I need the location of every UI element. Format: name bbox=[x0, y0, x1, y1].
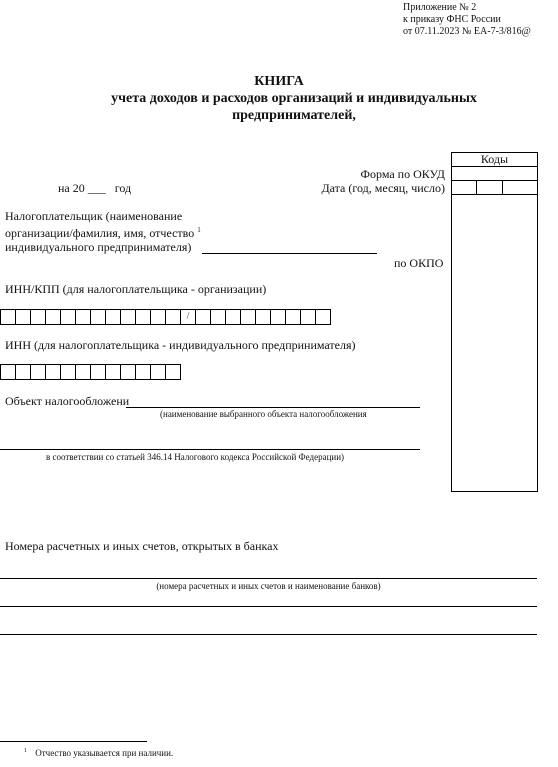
inn-cell[interactable] bbox=[0, 309, 16, 325]
accounts-hint: (номера расчетных и иных счетов и наимен… bbox=[0, 581, 537, 592]
kpp-cell[interactable] bbox=[195, 309, 211, 325]
inn-ip-cell[interactable] bbox=[45, 364, 61, 380]
inn-ip-cell[interactable] bbox=[135, 364, 151, 380]
inn-ip-cell[interactable] bbox=[60, 364, 76, 380]
taxpayer-label: Налогоплательщик (наименование организац… bbox=[5, 209, 201, 254]
codes-box: Коды bbox=[451, 152, 538, 492]
kpp-cell[interactable] bbox=[285, 309, 301, 325]
year-suffix: год bbox=[115, 181, 131, 195]
taxpayer-label-line-2: организации/фамилия, имя, отчество1 bbox=[5, 223, 201, 240]
inn-cell[interactable] bbox=[165, 309, 181, 325]
tax-object-field-2[interactable] bbox=[0, 449, 420, 450]
okud-code-field[interactable] bbox=[452, 167, 537, 181]
okpo-label: по ОКПО bbox=[394, 256, 443, 270]
taxpayer-label-line-3: индивидуального предпринимателя) bbox=[5, 240, 201, 254]
footnote-separator bbox=[0, 741, 147, 742]
inn-ip-cell[interactable] bbox=[105, 364, 121, 380]
inn-ip-cell[interactable] bbox=[15, 364, 31, 380]
tax-object-hint-2: в соответствии со статьей 346.14 Налогов… bbox=[46, 452, 344, 463]
codes-header: Коды bbox=[452, 153, 537, 167]
kpp-cell[interactable] bbox=[255, 309, 271, 325]
inn-cell[interactable] bbox=[120, 309, 136, 325]
order-label: к приказу ФНС России bbox=[403, 14, 531, 26]
year-input[interactable]: ___ bbox=[88, 181, 106, 195]
inn-cell[interactable] bbox=[30, 309, 46, 325]
okud-label: Форма по ОКУД bbox=[361, 167, 445, 181]
inn-ip-cell[interactable] bbox=[75, 364, 91, 380]
date-divider-2 bbox=[502, 181, 503, 195]
accounts-field-2[interactable] bbox=[0, 606, 537, 607]
order-reference: от 07.11.2023 № ЕА-7-3/816@ bbox=[403, 26, 531, 38]
year-row: на 20 ___ год bbox=[58, 181, 131, 195]
inn-cell[interactable] bbox=[105, 309, 121, 325]
kpp-cell[interactable] bbox=[315, 309, 331, 325]
footnote: 1 Отчество указывается при наличии. bbox=[24, 746, 173, 759]
inn-ip-cell[interactable] bbox=[90, 364, 106, 380]
inn-cell[interactable] bbox=[135, 309, 151, 325]
inn-kpp-label: ИНН/КПП (для налогоплательщика - организ… bbox=[5, 282, 266, 296]
taxpayer-label-line-1: Налогоплательщик (наименование bbox=[5, 209, 201, 223]
inn-ip-cells[interactable] bbox=[0, 364, 180, 380]
inn-ip-label: ИНН (для налогоплательщика - индивидуаль… bbox=[5, 338, 356, 352]
inn-kpp-cells[interactable]: / bbox=[0, 309, 330, 325]
inn-cell[interactable] bbox=[45, 309, 61, 325]
footnote-ref: 1 bbox=[197, 226, 201, 234]
accounts-field-3[interactable] bbox=[0, 634, 537, 635]
inn-ip-cell[interactable] bbox=[30, 364, 46, 380]
footnote-text: Отчество указывается при наличии. bbox=[35, 748, 173, 758]
title-line-3: предпринимателей, bbox=[0, 107, 558, 124]
inn-ip-cell[interactable] bbox=[165, 364, 181, 380]
inn-ip-cell[interactable] bbox=[0, 364, 16, 380]
kpp-cell[interactable] bbox=[300, 309, 316, 325]
year-prefix: на 20 bbox=[58, 181, 85, 195]
kpp-cell[interactable] bbox=[210, 309, 226, 325]
appendix-header: Приложение № 2 к приказу ФНС России от 0… bbox=[403, 2, 531, 38]
document-title: КНИГА учета доходов и расходов организац… bbox=[0, 73, 558, 124]
date-divider-1 bbox=[476, 181, 477, 195]
taxpayer-name-field[interactable] bbox=[202, 253, 377, 254]
kpp-cell[interactable] bbox=[225, 309, 241, 325]
inn-cell[interactable] bbox=[15, 309, 31, 325]
inn-cell[interactable] bbox=[90, 309, 106, 325]
inn-kpp-separator: / bbox=[180, 309, 196, 325]
tax-object-hint-1: (наименование выбранного объекта налогоо… bbox=[160, 409, 367, 420]
inn-cell[interactable] bbox=[150, 309, 166, 325]
inn-ip-cell[interactable] bbox=[120, 364, 136, 380]
tax-object-field[interactable] bbox=[126, 407, 420, 408]
kpp-cell[interactable] bbox=[270, 309, 286, 325]
inn-cell[interactable] bbox=[60, 309, 76, 325]
kpp-cell[interactable] bbox=[240, 309, 256, 325]
date-code-field[interactable] bbox=[452, 181, 537, 195]
footnote-mark: 1 bbox=[24, 748, 27, 754]
date-label: Дата (год, месяц, число) bbox=[321, 181, 445, 195]
appendix-number: Приложение № 2 bbox=[403, 2, 531, 14]
title-line-2: учета доходов и расходов организаций и и… bbox=[0, 90, 558, 107]
title-line-1: КНИГА bbox=[0, 73, 558, 90]
accounts-label: Номера расчетных и иных счетов, открытых… bbox=[5, 539, 279, 553]
accounts-field-1[interactable] bbox=[0, 578, 537, 579]
inn-ip-cell[interactable] bbox=[150, 364, 166, 380]
tax-object-label: Объект налогообложени bbox=[5, 394, 129, 408]
inn-cell[interactable] bbox=[75, 309, 91, 325]
